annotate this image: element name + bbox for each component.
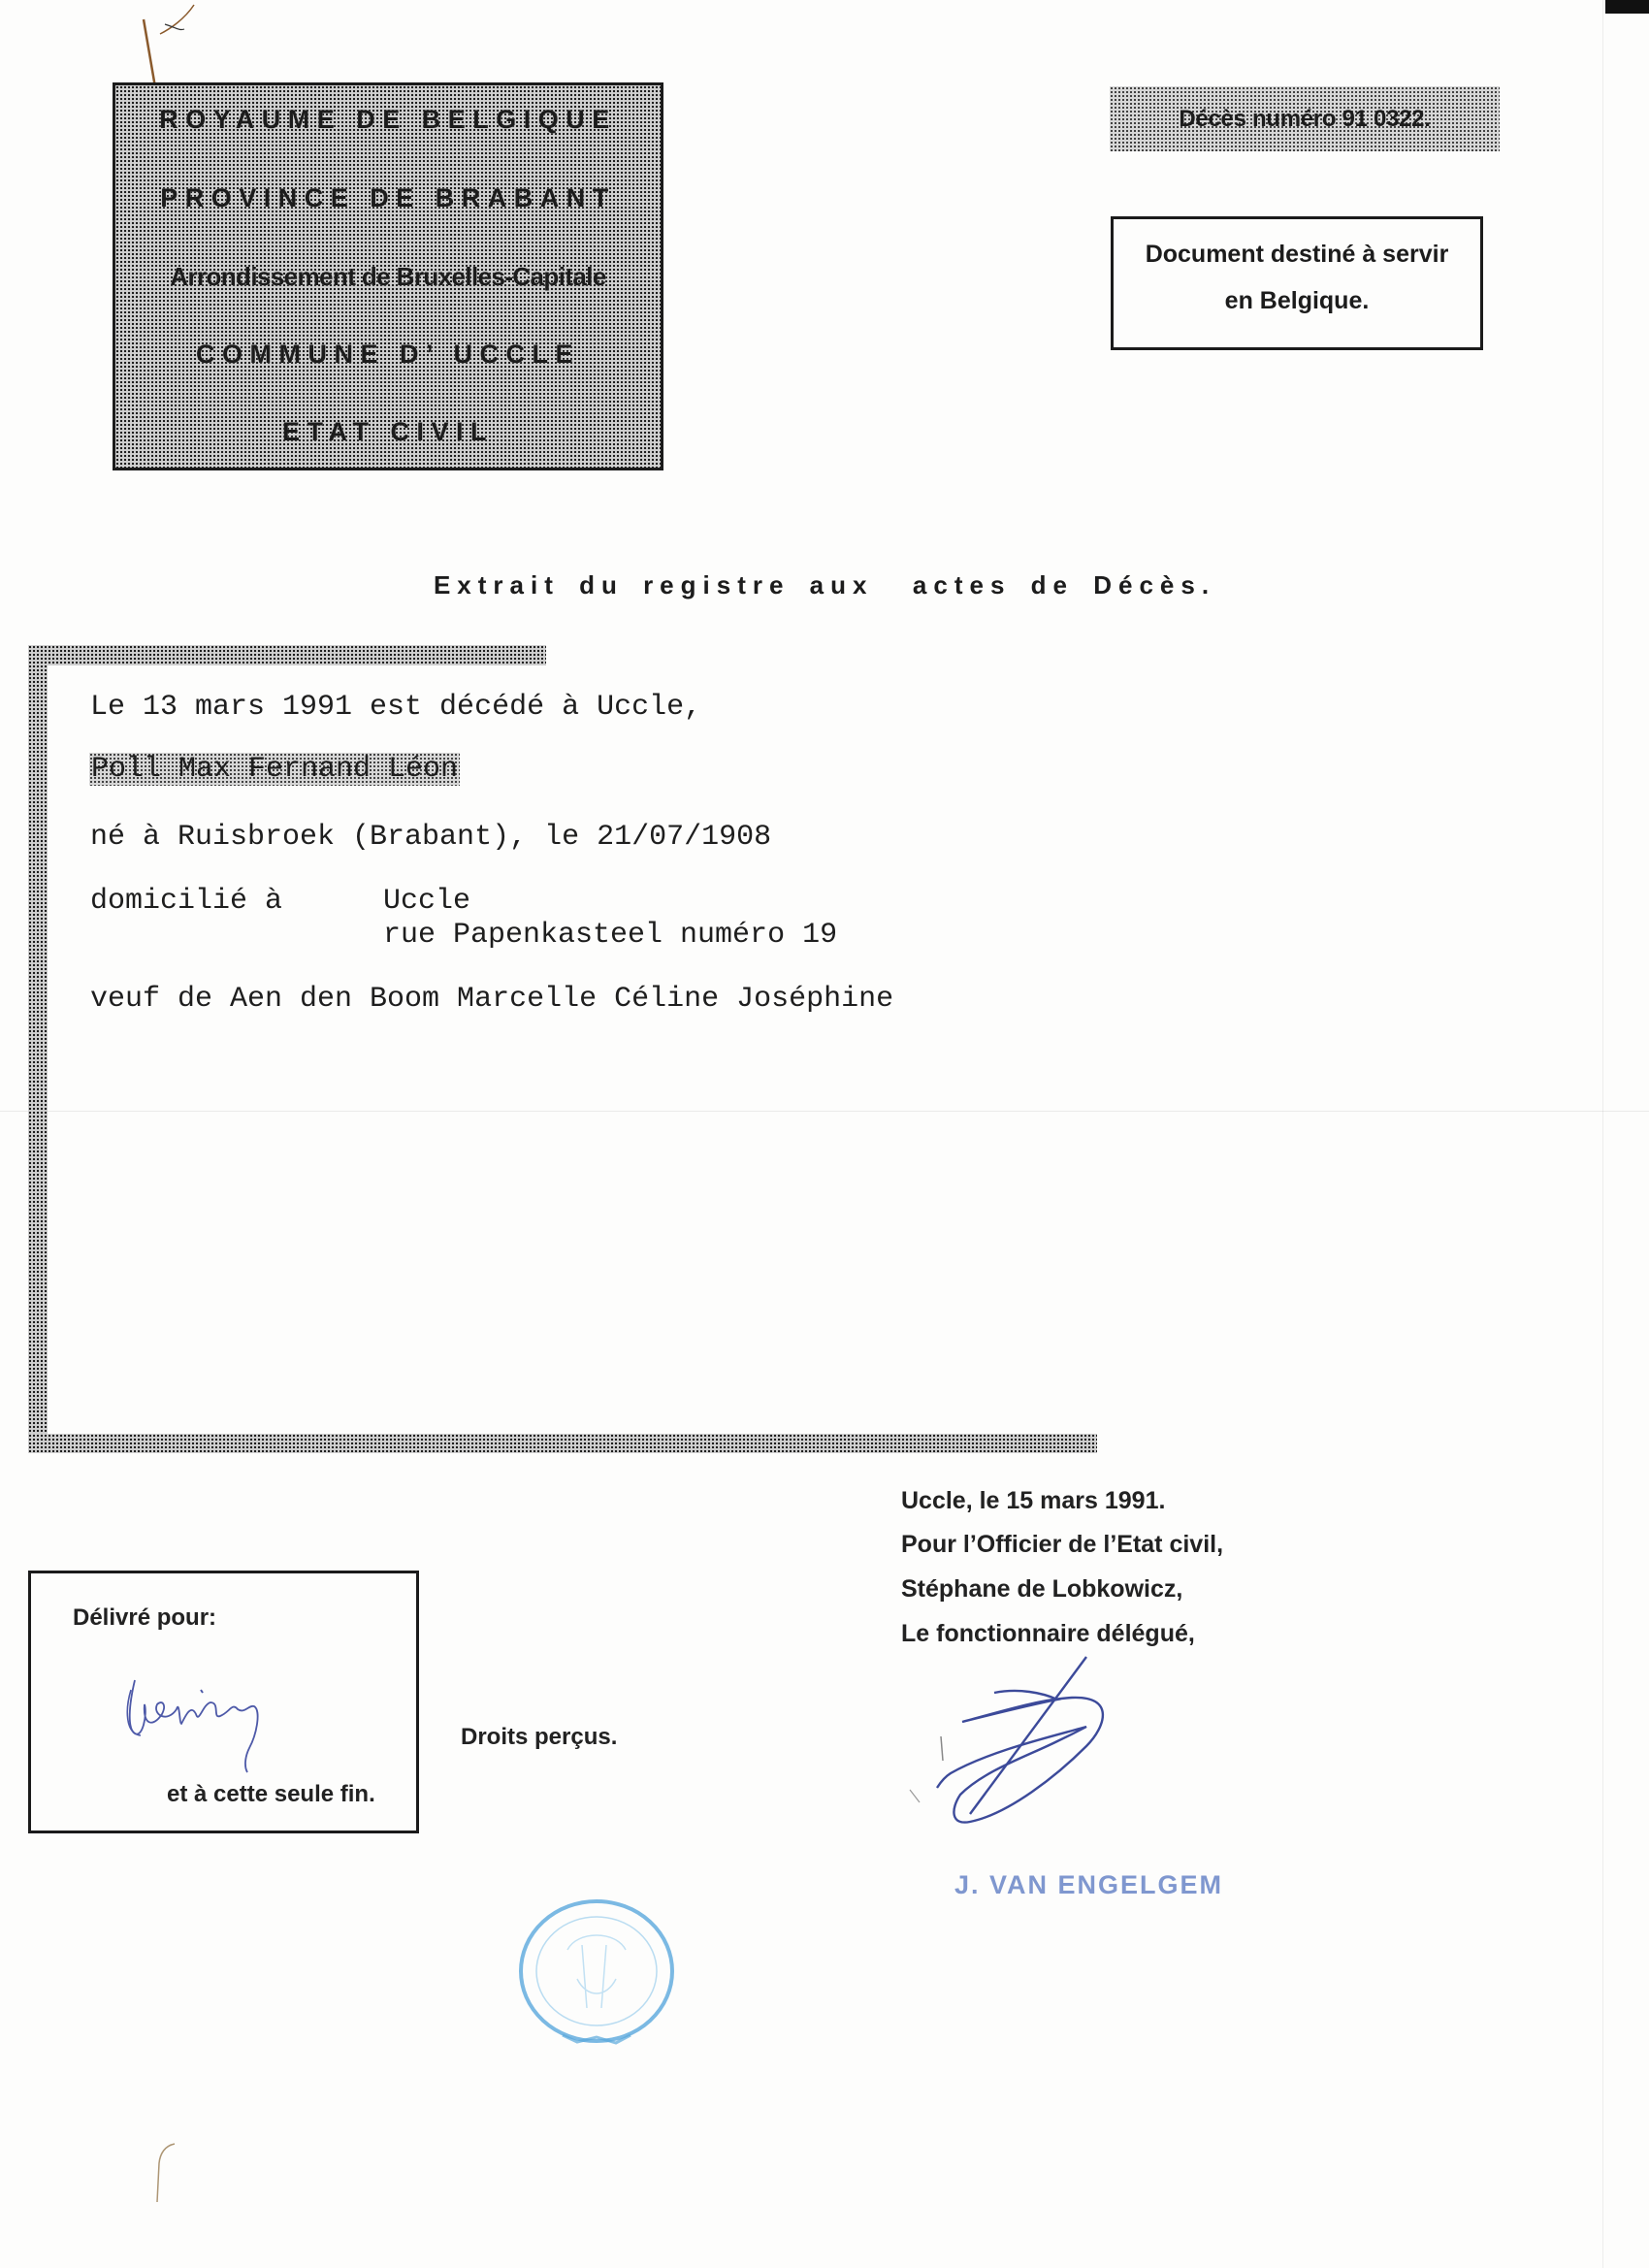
death-statement: Le 13 mars 1991 est décédé à Uccle, (90, 691, 701, 724)
header-etat-civil: ETAT CIVIL (115, 417, 661, 447)
spouse-statement: veuf de Aen den Boom Marcelle Céline Jos… (90, 983, 893, 1016)
domicile-street: rue Papenkasteel numéro 19 (383, 919, 837, 952)
birth-statement: né à Ruisbroek (Brabant), le 21/07/1908 (90, 821, 771, 854)
deces-number: Décès numéro 91 0322. (1179, 106, 1430, 133)
domicile-label: domicilié à (90, 885, 282, 918)
delivered-for-box: Délivré pour: et à cette seule fin. (28, 1571, 419, 1833)
delivered-label: Délivré pour: (73, 1604, 216, 1632)
deces-number-band: Décès numéro 91 0322. (1110, 86, 1500, 151)
for-officer: Pour l’Officier de l’Etat civil, (901, 1531, 1223, 1559)
official-signature (892, 1649, 1145, 1843)
delivered-footer: et à cette seule fin. (167, 1781, 375, 1808)
header-box: ROYAUME DE BELGIQUE PROVINCE DE BRABANT … (113, 82, 663, 470)
document-title: Extrait du registre aux actes de Décès. (0, 570, 1649, 600)
destination-box: Document destiné à servir en Belgique. (1111, 216, 1483, 350)
paper-edge (1602, 0, 1603, 2268)
destination-line-1: Document destiné à servir (1114, 231, 1480, 277)
header-arrondissement: Arrondissement de Bruxelles-Capitale (115, 262, 661, 292)
delegate-title: Le fonctionnaire délégué, (901, 1620, 1195, 1648)
recipient-signature (123, 1675, 317, 1782)
fees-paid: Droits perçus. (461, 1724, 617, 1751)
frame-left-band (28, 645, 48, 1452)
officer-name: Stéphane de Lobkowicz, (901, 1575, 1182, 1604)
header-province: PROVINCE DE BRABANT (115, 183, 661, 213)
official-seal-icon (509, 1892, 684, 2047)
header-commune: COMMUNE D’ UCCLE (115, 340, 661, 370)
frame-bottom-band (28, 1434, 1097, 1453)
deceased-name: Poll Max Fernand Léon (89, 753, 460, 786)
header-kingdom: ROYAUME DE BELGIQUE (115, 105, 661, 135)
place-date: Uccle, le 15 mars 1991. (901, 1487, 1165, 1515)
domicile-city: Uccle (383, 885, 470, 918)
stray-mark (145, 2134, 184, 2231)
paper-fold (0, 1111, 1649, 1112)
frame-top-band (28, 645, 546, 665)
scan-corner (1605, 0, 1649, 14)
destination-line-2: en Belgique. (1114, 277, 1480, 324)
officer-stamp: J. VAN ENGELGEM (954, 1870, 1223, 1900)
